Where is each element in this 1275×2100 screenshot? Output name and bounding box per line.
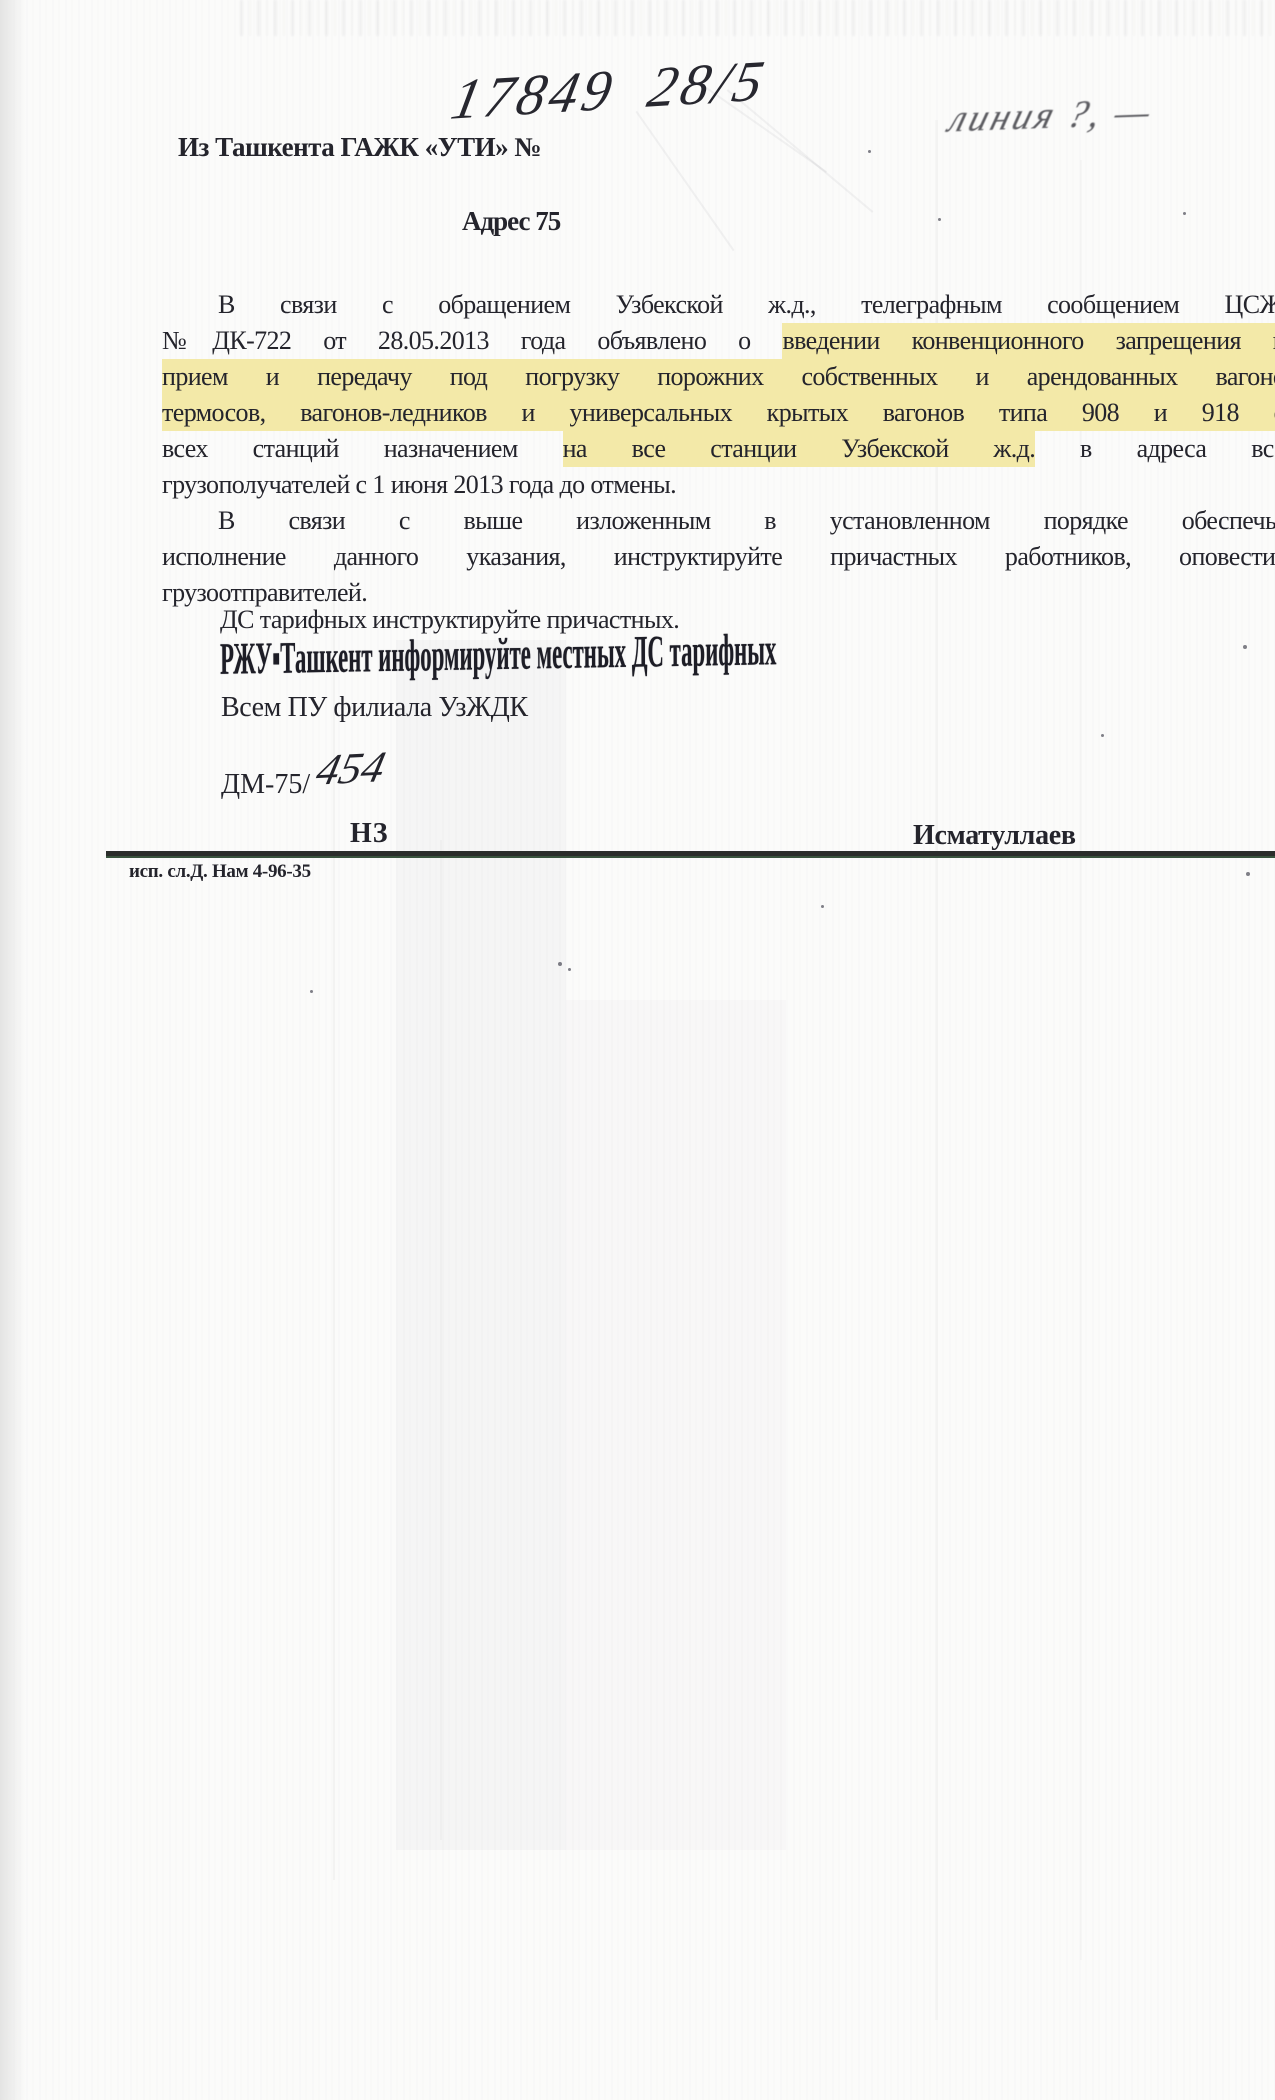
scan-speckle (821, 905, 824, 908)
text-segment: грузополучателей с 1 июня 2013 года до о… (162, 470, 676, 499)
text-segment: исполнение данного указания, инструктиру… (162, 542, 1275, 571)
scan-speckle (1243, 645, 1247, 649)
document-origin-line: Из Ташкента ГАЖК «УТИ» № (178, 132, 541, 163)
dm-number-line: ДМ-75/454 (221, 753, 384, 804)
rzhu-tashkent-stamp-line: РЖУ▪Ташкент информируйте местных ДС тари… (220, 624, 776, 685)
highlighted-text-segment: прием и передачу под погрузку порожних с… (162, 362, 1275, 391)
scan-speckle (868, 150, 871, 153)
signature-name: Исматуллаев (913, 820, 1076, 852)
executor-note: исп. сл.Д. Нам 4-96-35 (129, 861, 311, 883)
dm-typed-number: ДМ-75/ (221, 769, 310, 800)
text-segment: В связи с обращением Узбекской ж.д., тел… (218, 290, 1275, 319)
body-line: всех станций назначением на все станции … (162, 431, 1275, 467)
scan-gray-band (566, 1000, 786, 1850)
handwritten-dm-suffix: 454 (312, 741, 391, 795)
text-segment: грузоотправителей. (162, 578, 367, 607)
document-title: Адрес 75 (462, 206, 560, 237)
scan-speckle (568, 968, 571, 971)
scanned-telegram-document: { "colors": { "ink": "#24242c", "paper":… (0, 0, 1275, 2100)
body-line: В связи с обращением Узбекской ж.д., тел… (162, 287, 1275, 323)
text-segment: всех станций назначением (162, 434, 563, 463)
scan-speckle (1183, 212, 1186, 215)
body-line: грузополучателей с 1 июня 2013 года до о… (162, 467, 1275, 503)
text-segment: В связи с выше изложенным в установленно… (218, 506, 1275, 535)
body-line: В связи с выше изложенным в установленно… (162, 503, 1275, 539)
scan-left-edge-shadow (0, 0, 26, 2100)
scan-streak-line (440, 840, 442, 1840)
text-segment: в адреса всех (1035, 434, 1275, 463)
highlighted-text-segment: термосов, вагонов-ледников и универсальн… (162, 398, 1275, 427)
scan-speckle (938, 218, 941, 221)
body-line: №ДК-722 от 28.05.2013 года объявлено о в… (162, 323, 1275, 359)
scan-speckle (1101, 734, 1104, 737)
body-line: термосов, вагонов-ледников и универсальн… (162, 395, 1275, 431)
scan-speckle (558, 962, 562, 966)
handwritten-note: линия ?, — (944, 90, 1159, 142)
scan-speckle (310, 990, 313, 993)
body-line: прием и передачу под погрузку порожних с… (162, 359, 1275, 395)
body-line: исполнение данного указания, инструктиру… (162, 539, 1275, 575)
document-body: В связи с обращением Узбекской ж.д., тел… (162, 287, 1275, 611)
scan-gray-band (396, 640, 566, 1850)
pu-branch-line: Всем ПУ филиала УзЖДК (221, 692, 528, 724)
handwritten-telegram-number: 17849 28/5 (446, 48, 773, 133)
highlighted-text-segment: введении конвенционного запрещения на (782, 326, 1275, 355)
signature-position-nz: НЗ (350, 818, 389, 850)
scan-top-noise-band (240, 0, 1275, 36)
scan-speckle (1246, 872, 1250, 876)
signature-rule-line (106, 851, 1275, 858)
highlighted-text-segment: на все станции Узбекской ж.д. (563, 434, 1036, 463)
text-segment: №ДК-722 от 28.05.2013 года объявлено о (162, 326, 782, 355)
paper-crease-mark (635, 111, 734, 251)
